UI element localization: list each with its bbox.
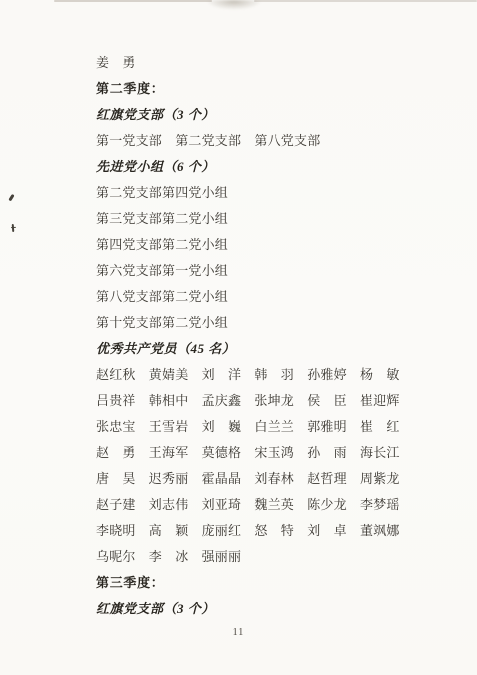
line-branch-names: 第一党支部 第二党支部 第八党支部 [96, 128, 446, 154]
member-names-row: 赵 勇 王海军 莫德格 宋玉鸿 孙 雨 海长江 [96, 440, 446, 466]
heading-advanced-groups: 先进党小组（6 个） [96, 154, 446, 180]
scanned-document-page: 姜 勇 第二季度： 红旗党支部（3 个） 第一党支部 第二党支部 第八党支部 先… [0, 0, 477, 675]
scan-edge-artifact-right [254, 0, 477, 2]
member-names-row: 李晓明 高 颖 庞丽红 怒 特 刘 卓 董飒娜 [96, 518, 446, 544]
line-group-name: 第三党支部第二党小组 [96, 206, 446, 232]
line-person-name: 姜 勇 [96, 50, 446, 76]
line-group-name: 第四党支部第二党小组 [96, 232, 446, 258]
line-group-name: 第二党支部第四党小组 [96, 180, 446, 206]
heading-red-flag-branches: 红旗党支部（3 个） [96, 102, 446, 128]
member-names-row: 乌呢尔 李 冰 强丽丽 [96, 544, 446, 570]
heading-outstanding-members: 优秀共产党员（45 名） [96, 336, 446, 362]
line-group-name: 第六党支部第一党小组 [96, 258, 446, 284]
margin-ink-speck-1 [8, 194, 14, 201]
heading-red-flag-branches-q3: 红旗党支部（3 个） [96, 596, 446, 622]
member-names-row: 赵红秋 黄婧美 刘 洋 韩 羽 孙雅婷 杨 敏 [96, 362, 446, 388]
document-body: 姜 勇 第二季度： 红旗党支部（3 个） 第一党支部 第二党支部 第八党支部 先… [96, 50, 446, 622]
heading-quarter-2: 第二季度： [96, 76, 446, 102]
margin-ink-speck-2 [12, 224, 15, 232]
scan-edge-artifact-left [54, 0, 212, 2]
member-names-row: 张忠宝 王雪岩 刘 巍 白兰兰 郭雅明 崔 红 [96, 414, 446, 440]
member-names-row: 赵子建 刘志伟 刘亚琦 魏兰英 陈少龙 李梦瑶 [96, 492, 446, 518]
line-group-name: 第十党支部第二党小组 [96, 310, 446, 336]
member-names-row: 吕贵祥 韩相中 孟庆鑫 张坤龙 侯 臣 崔迎辉 [96, 388, 446, 414]
line-group-name: 第八党支部第二党小组 [96, 284, 446, 310]
heading-quarter-3: 第三季度： [96, 570, 446, 596]
page-number: 11 [0, 627, 477, 638]
member-names-row: 唐 昊 迟秀丽 霍晶晶 刘春林 赵哲理 周紫龙 [96, 466, 446, 492]
